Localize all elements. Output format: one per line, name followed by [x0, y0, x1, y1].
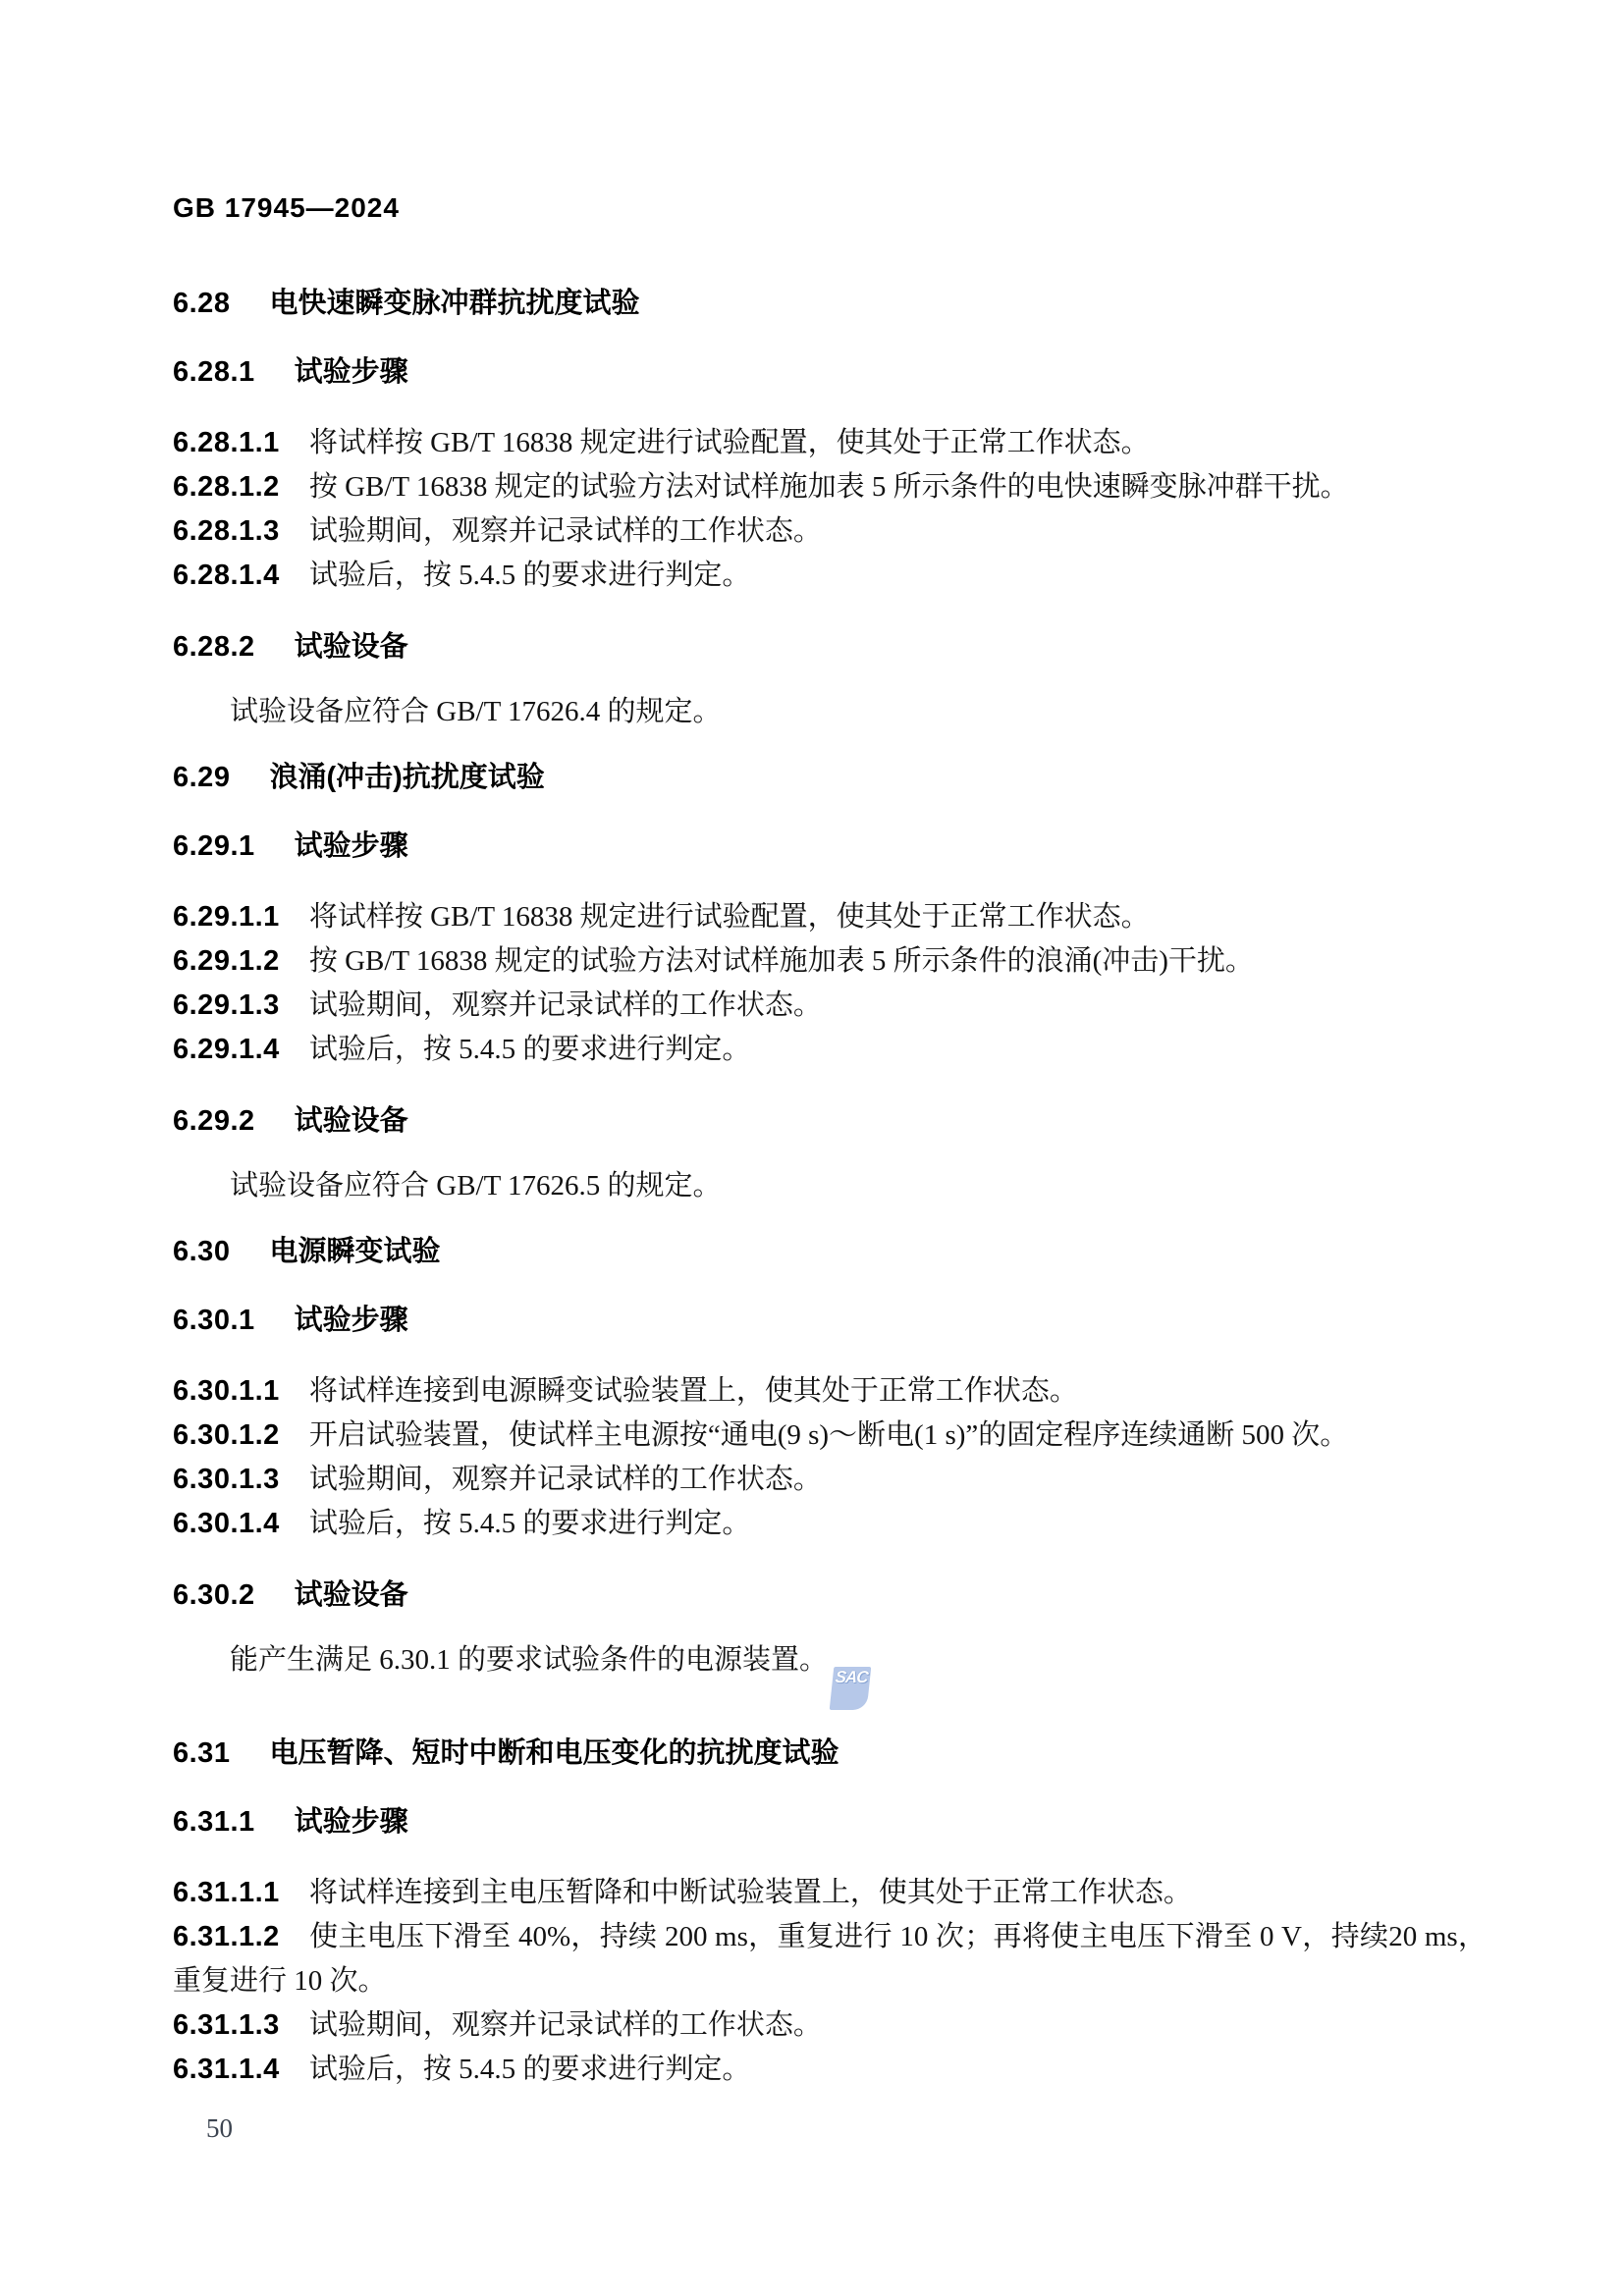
clause-number: 6.28.1.4	[173, 554, 280, 598]
clause-6.31.1.2: 6.31.1.2使主电压下滑至 40%，持续 200 ms，重复进行 10 次；…	[173, 1915, 1487, 2003]
clause-text: 试验后，按 5.4.5 的要求进行判定。	[309, 1508, 751, 1539]
subsection-heading-6.30.1: 6.30.1试验步骤	[173, 1301, 1487, 1340]
clause-number: 6.29	[173, 758, 230, 797]
clause-text: 将试样连接到电源瞬变试验装置上，使其处于正常工作状态。	[309, 1375, 1078, 1407]
clause-6.31.1.4: 6.31.1.4试验后，按 5.4.5 的要求进行判定。	[173, 2048, 1487, 2092]
clause-number: 6.29.1.3	[173, 984, 280, 1028]
clause-text: 将试样按 GB/T 16838 规定进行试验配置，使其处于正常工作状态。	[309, 901, 1150, 933]
clause-text: 试验后，按 5.4.5 的要求进行判定。	[309, 560, 751, 591]
clause-number: 6.28.1.2	[173, 465, 280, 509]
clause-number: 6.31.1.4	[173, 2048, 280, 2092]
clause-text: 试验步骤	[295, 830, 408, 862]
subsection-heading-6.29.2: 6.29.2试验设备	[173, 1101, 1487, 1141]
clause-text: 试验设备应符合 GB/T 17626.4 的规定。	[230, 696, 722, 727]
clause-text: 按 GB/T 16838 规定的试验方法对试样施加表 5 所示条件的电快速瞬变脉…	[309, 471, 1349, 503]
clause-6.29.1.1: 6.29.1.1将试样按 GB/T 16838 规定进行试验配置，使其处于正常工…	[173, 895, 1487, 939]
clause-text: 试验期间，观察并记录试样的工作状态。	[309, 2009, 822, 2041]
clause-text: 开启试验装置，使试样主电源按“通电(9 s)～断电(1 s)”的固定程序连续通断…	[309, 1419, 1348, 1451]
clause-number: 6.28.1.1	[173, 421, 280, 465]
clause-6.29.1.3: 6.29.1.3试验期间，观察并记录试样的工作状态。	[173, 984, 1487, 1028]
clause-6.30.1.2: 6.30.1.2开启试验装置，使试样主电源按“通电(9 s)～断电(1 s)”的…	[173, 1414, 1487, 1458]
clause-number: 6.30.1.4	[173, 1502, 280, 1546]
clause-text: 将试样连接到主电压暂降和中断试验装置上，使其处于正常工作状态。	[309, 1877, 1192, 1908]
section-heading-6.30: 6.30电源瞬变试验	[173, 1232, 1487, 1271]
clause-text: 能产生满足 6.30.1 的要求试验条件的电源装置。	[230, 1644, 828, 1676]
clause-6.29.1.4: 6.29.1.4试验后，按 5.4.5 的要求进行判定。	[173, 1028, 1487, 1072]
paragraph: 试验设备应符合 GB/T 17626.5 的规定。	[173, 1164, 1487, 1208]
clause-6.30.1.1: 6.30.1.1将试样连接到电源瞬变试验装置上，使其处于正常工作状态。	[173, 1369, 1487, 1414]
clause-number: 6.28.1.3	[173, 509, 280, 554]
clause-number: 6.29.1.2	[173, 939, 280, 984]
subsection-heading-6.29.1: 6.29.1试验步骤	[173, 827, 1487, 866]
clause-text: 试验步骤	[295, 1806, 408, 1838]
clause-text: 电快速瞬变脉冲群抗扰度试验	[269, 288, 639, 319]
clause-text: 试验后，按 5.4.5 的要求进行判定。	[309, 2054, 751, 2085]
clause-text: 试验步骤	[295, 1305, 408, 1336]
clause-text: 电压暂降、短时中断和电压变化的抗扰度试验	[269, 1737, 839, 1769]
clause-number: 6.28.2	[173, 627, 255, 667]
clause-number: 6.30	[173, 1232, 230, 1271]
clause-text: 试验期间，观察并记录试样的工作状态。	[309, 989, 822, 1021]
clause-number: 6.28	[173, 284, 230, 323]
clause-number: 6.31	[173, 1734, 230, 1773]
clause-number: 6.30.2	[173, 1575, 255, 1615]
section-heading-6.28: 6.28电快速瞬变脉冲群抗扰度试验	[173, 284, 1487, 323]
subsection-heading-6.28.2: 6.28.2试验设备	[173, 627, 1487, 667]
paragraph: 能产生满足 6.30.1 的要求试验条件的电源装置。SAC	[173, 1638, 1487, 1710]
clause-6.31.1.3: 6.31.1.3试验期间，观察并记录试样的工作状态。	[173, 2003, 1487, 2048]
clause-6.29.1.2: 6.29.1.2按 GB/T 16838 规定的试验方法对试样施加表 5 所示条…	[173, 939, 1487, 984]
subsection-heading-6.28.1: 6.28.1试验步骤	[173, 352, 1487, 392]
section-heading-6.31: 6.31电压暂降、短时中断和电压变化的抗扰度试验	[173, 1734, 1487, 1773]
clause-text: 试验期间，观察并记录试样的工作状态。	[309, 515, 822, 547]
clause-number: 6.28.1	[173, 352, 255, 392]
clause-text: 电源瞬变试验	[269, 1236, 440, 1267]
clause-number: 6.31.1.3	[173, 2003, 280, 2048]
clause-number: 6.31.1.1	[173, 1871, 280, 1915]
clause-6.28.1.2: 6.28.1.2按 GB/T 16838 规定的试验方法对试样施加表 5 所示条…	[173, 465, 1487, 509]
clause-text: 浪涌(冲击)抗扰度试验	[269, 762, 544, 793]
clause-text: 试验设备	[295, 1579, 408, 1611]
clause-number: 6.30.1.1	[173, 1369, 280, 1414]
clause-number: 6.29.1.4	[173, 1028, 280, 1072]
clause-number: 6.29.1.1	[173, 895, 280, 939]
page-number: 50	[206, 2113, 233, 2143]
clause-text: 试验设备应符合 GB/T 17626.5 的规定。	[230, 1170, 722, 1201]
clause-6.31.1.1: 6.31.1.1将试样连接到主电压暂降和中断试验装置上，使其处于正常工作状态。	[173, 1871, 1487, 1915]
subsection-heading-6.30.2: 6.30.2试验设备	[173, 1575, 1487, 1615]
clause-text: 试验后，按 5.4.5 的要求进行判定。	[309, 1034, 751, 1065]
clause-number: 6.30.1	[173, 1301, 255, 1340]
clause-text: 按 GB/T 16838 规定的试验方法对试样施加表 5 所示条件的浪涌(冲击)…	[309, 945, 1254, 977]
clause-number: 6.30.1.2	[173, 1414, 280, 1458]
clause-text: 试验设备	[295, 631, 408, 663]
clause-6.30.1.3: 6.30.1.3试验期间，观察并记录试样的工作状态。	[173, 1458, 1487, 1502]
sac-watermark-logo: SAC	[830, 1667, 872, 1710]
document-content: GB 17945—2024 6.28电快速瞬变脉冲群抗扰度试验6.28.1试验步…	[173, 0, 1487, 2092]
clause-text: 使主电压下滑至 40%，持续 200 ms，重复进行 10 次；再将使主电压下滑…	[173, 1921, 1487, 1997]
clause-text: 将试样按 GB/T 16838 规定进行试验配置，使其处于正常工作状态。	[309, 427, 1150, 458]
clause-number: 6.31.1.2	[173, 1915, 280, 1959]
section-heading-6.29: 6.29浪涌(冲击)抗扰度试验	[173, 758, 1487, 797]
clause-number: 6.29.1	[173, 827, 255, 866]
document-page: GB 17945—2024 6.28电快速瞬变脉冲群抗扰度试验6.28.1试验步…	[0, 0, 1624, 2296]
clause-6.28.1.3: 6.28.1.3试验期间，观察并记录试样的工作状态。	[173, 509, 1487, 554]
paragraph: 试验设备应符合 GB/T 17626.4 的规定。	[173, 690, 1487, 734]
clause-text: 试验步骤	[295, 356, 408, 388]
clause-number: 6.31.1	[173, 1802, 255, 1842]
clause-6.28.1.1: 6.28.1.1将试样按 GB/T 16838 规定进行试验配置，使其处于正常工…	[173, 421, 1487, 465]
clause-text: 试验期间，观察并记录试样的工作状态。	[309, 1464, 822, 1495]
standard-number-header: GB 17945—2024	[173, 193, 1487, 223]
clause-text: 试验设备	[295, 1105, 408, 1137]
subsection-heading-6.31.1: 6.31.1试验步骤	[173, 1802, 1487, 1842]
clause-6.28.1.4: 6.28.1.4试验后，按 5.4.5 的要求进行判定。	[173, 554, 1487, 598]
clause-number: 6.30.1.3	[173, 1458, 280, 1502]
clause-6.30.1.4: 6.30.1.4试验后，按 5.4.5 的要求进行判定。	[173, 1502, 1487, 1546]
clause-number: 6.29.2	[173, 1101, 255, 1141]
